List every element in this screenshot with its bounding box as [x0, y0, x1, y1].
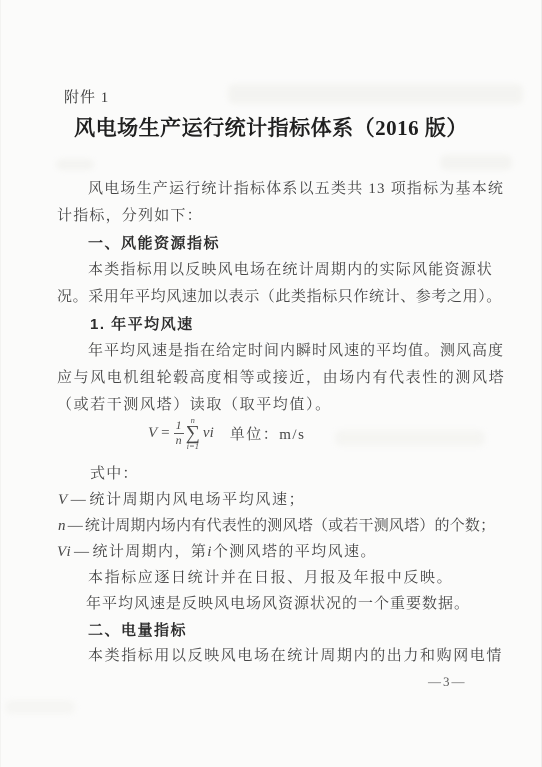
scanned-document-page: 附件 1 风电场生产运行统计指标体系（2016 版） 风电场生产运行统计指标体系…	[0, 0, 542, 767]
body-line: 应与风电机组轮毂高度相等或接近，由场内有代表性的测风塔	[57, 368, 505, 389]
body-line: 年平均风速是指在给定时间内瞬时风速的平均值。测风高度	[88, 341, 504, 362]
page-number: —3—	[428, 674, 467, 690]
formula-average-wind-speed: V = 1 n n ∑ i=1 vi 单位：m/s	[148, 416, 305, 450]
bleedthrough-smudge	[440, 155, 512, 170]
definition-vi: Vi—统计周期内，第i个测风塔的平均风速。	[57, 542, 377, 563]
section-heading-electricity: 二、电量指标	[88, 620, 187, 641]
section-heading-wind-resource: 一、风能资源指标	[88, 233, 220, 254]
definition-v: V—统计周期内风电场平均风速；	[58, 490, 305, 511]
bleedthrough-smudge	[335, 430, 485, 446]
attachment-label: 附件 1	[64, 86, 109, 107]
document-title: 风电场生产运行统计指标体系（2016 版）	[0, 112, 542, 142]
bleedthrough-smudge	[228, 84, 523, 104]
subsection-heading-annual-average-wind-speed: 1. 年平均风速	[90, 314, 194, 335]
body-line: 本类指标用以反映风电场在统计周期内的出力和购网电情	[88, 646, 503, 667]
body-line: 年平均风速是反映风电场风资源状况的一个重要数据。	[86, 594, 470, 615]
body-line: 风电场生产运行统计指标体系以五类共 13 项指标为基本统	[88, 179, 504, 200]
bleedthrough-smudge	[56, 159, 94, 170]
formula-term: vi	[203, 425, 214, 442]
body-line: 况。采用年平均风速加以表示（此类指标只作统计、参考之用）。	[57, 287, 502, 308]
formula-unit-label: 单位：m/s	[230, 423, 306, 444]
bleedthrough-smudge	[5, 700, 75, 714]
body-line: 计指标，分列如下：	[57, 206, 203, 227]
body-line: 本指标应逐日统计并在日报、月报及年报中反映。	[88, 568, 453, 589]
formula-fraction: 1 n	[174, 419, 184, 448]
body-line: 式中：	[90, 464, 139, 485]
formula-summation: n ∑ i=1	[186, 416, 200, 450]
formula-equals: =	[161, 425, 169, 442]
formula-lhs: V	[148, 425, 157, 442]
body-line: 本类指标用以反映风电场在统计周期内的实际风能资源状	[88, 260, 493, 281]
body-line: （或若干测风塔）读取（取平均值）。	[57, 395, 332, 416]
definition-n: n—统计周期内场内有代表性的测风塔（或若干测风塔）的个数；	[58, 516, 495, 537]
